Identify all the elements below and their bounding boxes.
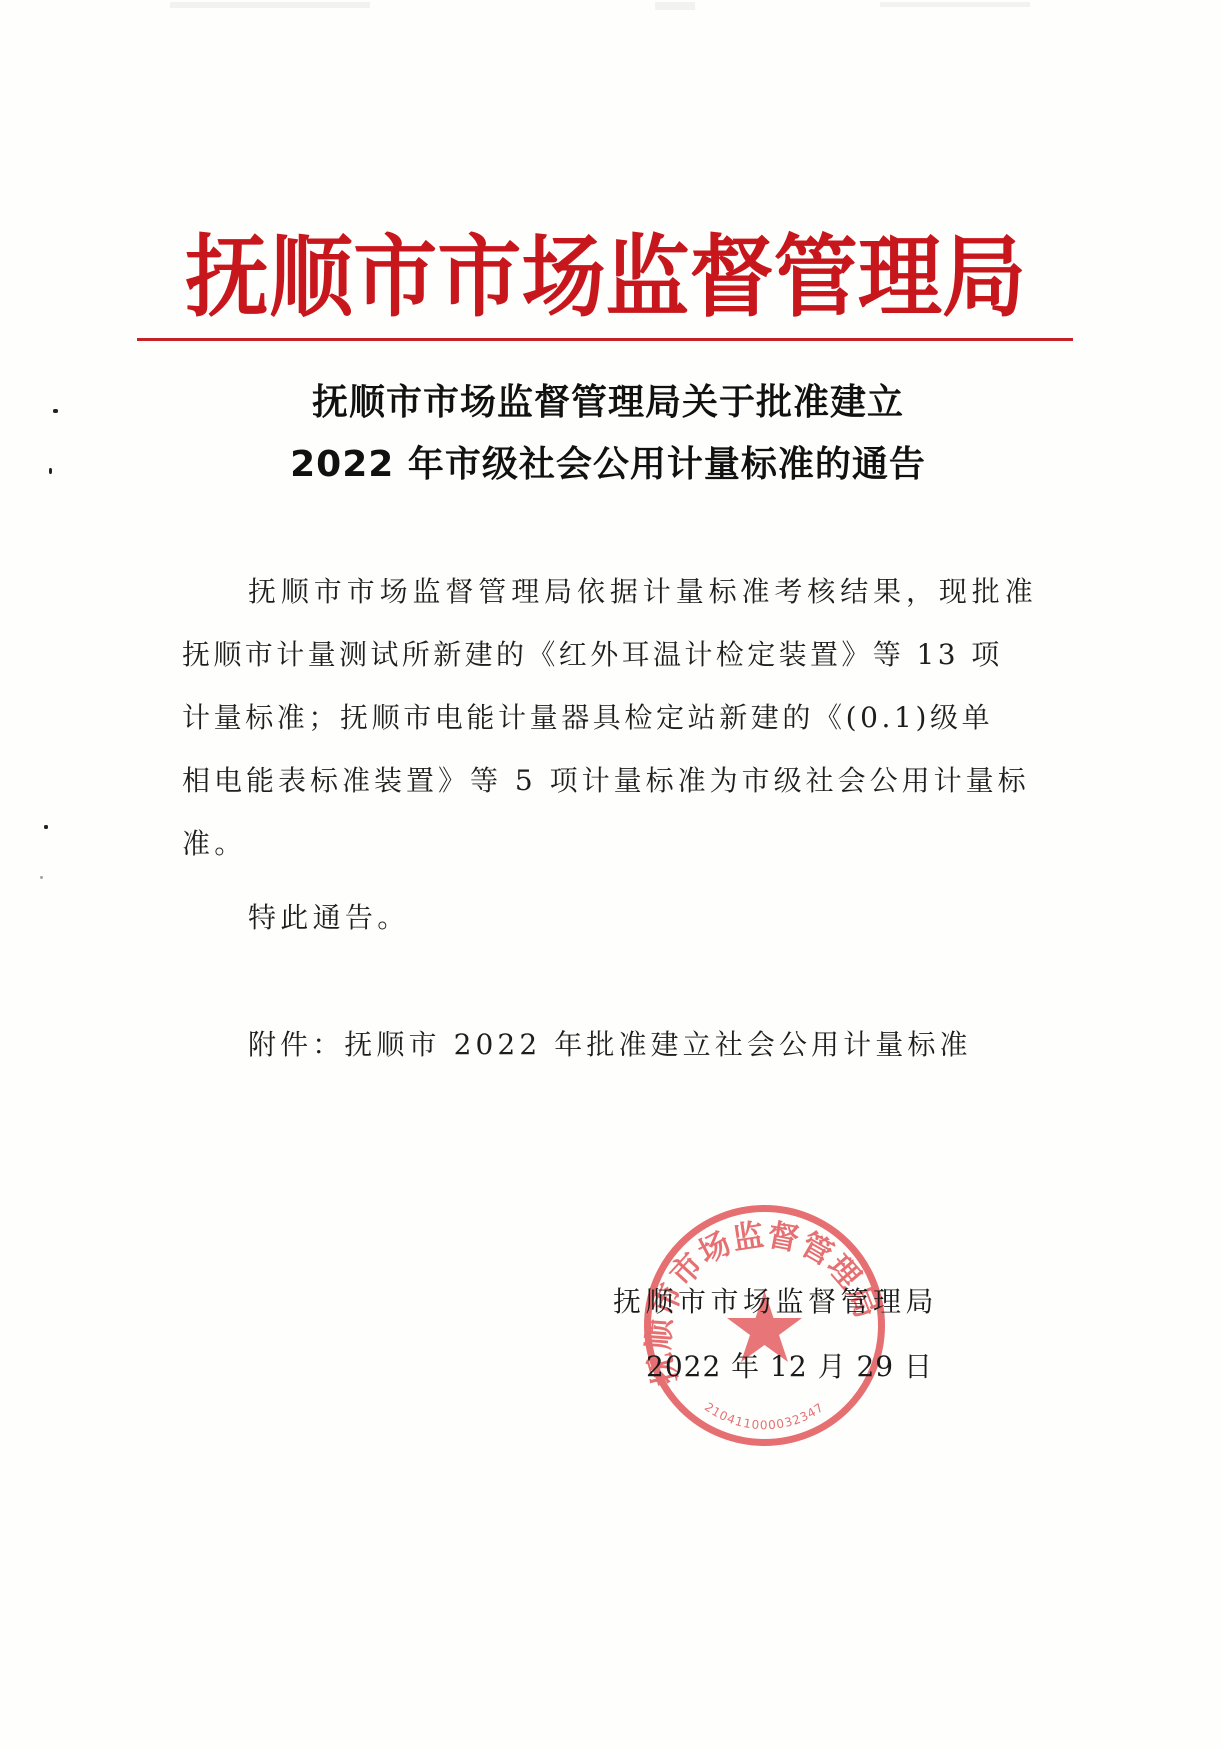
agency-masthead: 抚 顺 市 市 场 监 督 管 理 局: [185, 222, 1025, 332]
body-line: 相电能表标准装置》等 5 项计量标准为市级社会公用计量标: [182, 761, 1038, 801]
svg-text:210411000032347: 210411000032347: [702, 1400, 827, 1433]
scan-artifact: [655, 2, 695, 10]
masthead-char: 管: [774, 222, 857, 332]
masthead-char: 局: [942, 222, 1025, 332]
scan-speck: [44, 825, 48, 829]
issue-date: 2022 年 12 月 29 日: [646, 1347, 933, 1387]
masthead-char: 抚: [185, 222, 268, 332]
masthead-char: 市: [353, 222, 436, 332]
masthead-char: 场: [521, 222, 604, 332]
masthead-char: 市: [437, 222, 520, 332]
attachment-line: 附件：抚顺市 2022 年批准建立社会公用计量标准: [248, 1025, 972, 1065]
official-seal-icon: 抚顺市市场监督管理局 210411000032347: [642, 1203, 887, 1448]
body-line: 抚顺市计量测试所新建的《红外耳温计检定装置》等 13 项: [182, 635, 1038, 675]
masthead-char: 顺: [269, 222, 352, 332]
issuer-signature: 抚顺市市场监督管理局: [613, 1282, 938, 1322]
document-title-line-1: 抚顺市市场监督管理局关于批准建立: [238, 380, 978, 426]
closing-line: 特此通告。: [248, 898, 410, 938]
masthead-char: 监: [606, 222, 689, 332]
body-line: 计量标准；抚顺市电能计量器具检定站新建的《(0.1)级单: [182, 698, 1038, 738]
scan-speck: [40, 876, 43, 879]
masthead-divider: [137, 338, 1073, 341]
body-line: 准。: [182, 824, 247, 864]
masthead-char: 督: [690, 222, 773, 332]
scan-artifact: [170, 2, 370, 8]
body-line: 抚顺市市场监督管理局依据计量标准考核结果，现批准: [248, 572, 1038, 612]
masthead-char: 理: [858, 222, 941, 332]
seal-code: 210411000032347: [702, 1400, 827, 1433]
scan-artifact: [880, 2, 1030, 7]
scan-speck: [49, 468, 52, 474]
scan-speck: [53, 409, 58, 413]
document-title-line-2: 2022 年市级社会公用计量标准的通告: [238, 442, 978, 488]
